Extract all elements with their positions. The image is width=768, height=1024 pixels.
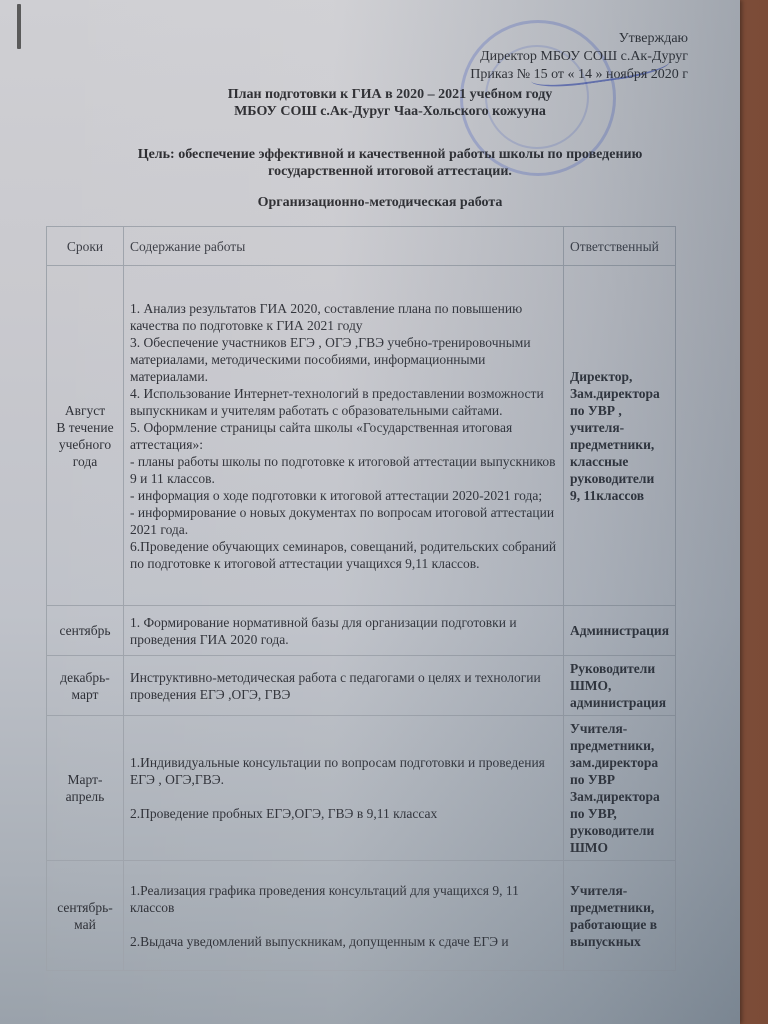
approval-director: Директор МБОУ СОШ с.Ак-Дуруг xyxy=(470,48,688,66)
row-content: Инструктивно-методическая работа с педаг… xyxy=(124,656,564,716)
content-item: - информация о ходе подготовки к итогово… xyxy=(130,487,557,504)
content-item: 2.Выдача уведомлений выпускникам, допуще… xyxy=(130,933,557,950)
content-item: 4. Использование Интернет-технологий в п… xyxy=(130,385,557,419)
content-item xyxy=(130,916,557,933)
document-title: План подготовки к ГИА в 2020 – 2021 учеб… xyxy=(0,86,760,120)
row-content: 1.Индивидуальные консультации по вопроса… xyxy=(124,716,564,861)
row-content: 1. Анализ результатов ГИА 2020, составле… xyxy=(124,266,564,606)
goal-statement: Цель: обеспечение эффективной и качестве… xyxy=(40,146,740,180)
table-row: сентябрь-май1.Реализация графика проведе… xyxy=(47,861,676,971)
row-responsible: Учителя-предметники, работающие в выпуск… xyxy=(563,861,675,971)
table-row: Март-апрель1.Индивидуальные консультации… xyxy=(47,716,676,861)
approval-block: Утверждаю Директор МБОУ СОШ с.Ак-Дуруг П… xyxy=(470,30,688,84)
row-period: декабрь-март xyxy=(47,656,124,716)
content-item: 1.Индивидуальные консультации по вопроса… xyxy=(130,754,557,788)
content-item: 5. Оформление страницы сайта школы «Госу… xyxy=(130,419,557,453)
plan-table: Сроки Содержание работы Ответственный Ав… xyxy=(46,226,676,971)
row-period: сентябрь-май xyxy=(47,861,124,971)
row-period: Август В течение учебного года xyxy=(47,266,124,606)
row-period: сентябрь xyxy=(47,606,124,656)
goal-line-2: государственной итоговой аттестации. xyxy=(40,163,740,180)
header-responsible: Ответственный xyxy=(563,227,675,266)
content-item: 6.Проведение обучающих семинаров, совеща… xyxy=(130,538,557,572)
title-line-1: План подготовки к ГИА в 2020 – 2021 учеб… xyxy=(20,86,760,103)
goal-line-1: Цель: обеспечение эффективной и качестве… xyxy=(40,146,740,163)
row-content: 1. Формирование нормативной базы для орг… xyxy=(124,606,564,656)
row-content: 1.Реализация графика проведения консульт… xyxy=(124,861,564,971)
content-item: Инструктивно-методическая работа с педаг… xyxy=(130,669,557,703)
header-period: Сроки xyxy=(47,227,124,266)
staple xyxy=(17,4,21,49)
approval-label: Утверждаю xyxy=(470,30,688,48)
content-item: - планы работы школы по подготовке к ито… xyxy=(130,453,557,487)
content-item xyxy=(130,788,557,805)
content-item: 1. Анализ результатов ГИА 2020, составле… xyxy=(130,300,557,334)
approval-order: Приказ № 15 от « 14 » ноября 2020 г xyxy=(470,66,688,84)
row-responsible: Администрация xyxy=(563,606,675,656)
content-item: 1. Формирование нормативной базы для орг… xyxy=(130,614,557,648)
content-item: - информирование о новых документах по в… xyxy=(130,504,557,538)
content-item: 2.Проведение пробных ЕГЭ,ОГЭ, ГВЭ в 9,11… xyxy=(130,805,557,822)
title-line-2: МБОУ СОШ с.Ак-Дуруг Чаа-Хольского кожуун… xyxy=(20,103,760,120)
header-content: Содержание работы xyxy=(124,227,564,266)
content-item: 3. Обеспечение участников ЕГЭ , ОГЭ ,ГВЭ… xyxy=(130,334,557,385)
table-row: Август В течение учебного года1. Анализ … xyxy=(47,266,676,606)
row-period: Март-апрель xyxy=(47,716,124,861)
table-header-row: Сроки Содержание работы Ответственный xyxy=(47,227,676,266)
content-item: 1.Реализация графика проведения консульт… xyxy=(130,882,557,916)
section-title: Организационно-методическая работа xyxy=(0,194,750,211)
row-responsible: Руководители ШМО, администрация xyxy=(563,656,675,716)
table-row: сентябрь1. Формирование нормативной базы… xyxy=(47,606,676,656)
row-responsible: Директор, Зам.директора по УВР , учителя… xyxy=(563,266,675,606)
row-responsible: Учителя-предметники, зам.директора по УВ… xyxy=(563,716,675,861)
table-row: декабрь-мартИнструктивно-методическая ра… xyxy=(47,656,676,716)
